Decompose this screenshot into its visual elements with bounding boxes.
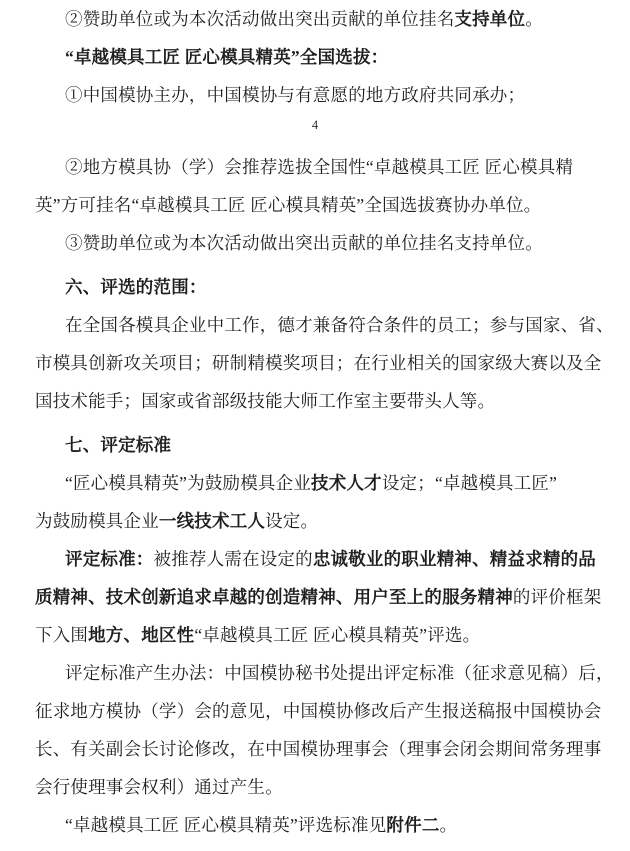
text-line: 评定标准：被推荐人需在设定的忠诚敬业的职业精神、精益求精的品 — [35, 540, 595, 578]
text-line: 下入围地方、地区性“卓越模具工匠 匠心模具精英”评选。 — [35, 616, 595, 654]
text-line: ②赞助单位或为本次活动做出突出贡献的单位挂名支持单位。 — [35, 0, 595, 38]
text-segment: 附件二 — [386, 815, 439, 835]
text-segment: ③赞助单位或为本次活动做出突出贡献的单位挂名支持单位。 — [65, 233, 543, 253]
document-body: ②赞助单位或为本次活动做出突出贡献的单位挂名支持单位。“卓越模具工匠 匠心模具精… — [35, 0, 595, 844]
document-page: ②赞助单位或为本次活动做出突出贡献的单位挂名支持单位。“卓越模具工匠 匠心模具精… — [0, 0, 630, 844]
text-segment: 。 — [440, 815, 458, 835]
text-segment: 长、有关副会长讨论修改，在中国模协理事会（理事会闭会期间常务理事 — [35, 739, 601, 759]
text-segment: “卓越模具工匠 匠心模具精英”全国选拔： — [65, 47, 388, 67]
text-line: “卓越模具工匠 匠心模具精英”全国选拔： — [35, 38, 595, 76]
text-segment: 英”方可挂名“卓越模具工匠 匠心模具精英”全国选拔赛协办单位。 — [35, 195, 541, 215]
text-segment: “卓越模具工匠 匠心模具精英”评选标准见 — [65, 815, 386, 835]
text-segment: 。 — [525, 9, 543, 29]
text-segment: 设定。 — [265, 511, 318, 531]
text-segment: 征求地方模协（学）会的意见，中国模协修改后产生报送稿报中国模协会 — [35, 701, 601, 721]
text-segment: 支持单位 — [454, 9, 525, 29]
text-segment: 在全国各模具企业中工作，德才兼备符合条件的员工；参与国家、省、 — [65, 315, 614, 335]
text-line: 会行使理事会权利）通过产生。 — [35, 768, 595, 806]
text-line: 为鼓励模具企业一线技术工人设定。 — [35, 502, 595, 540]
text-line: “匠心模具精英”为鼓励模具企业技术人才设定；“卓越模具工匠” — [35, 464, 595, 502]
text-line: 质精神、技术创新追求卓越的创造精神、用户至上的服务精神的评价框架 — [35, 578, 595, 616]
section-heading: 七、评定标准 — [35, 426, 595, 464]
text-segment: ②地方模具协（学）会推荐选拔全国性“卓越模具工匠 匠心模具精 — [65, 157, 573, 177]
text-line: 在全国各模具企业中工作，德才兼备符合条件的员工；参与国家、省、 — [35, 306, 595, 344]
text-line: 长、有关副会长讨论修改，在中国模协理事会（理事会闭会期间常务理事 — [35, 730, 595, 768]
text-segment: 会行使理事会权利）通过产生。 — [35, 777, 283, 797]
text-segment: 被推荐人需在设定的 — [154, 549, 313, 569]
text-segment: 为鼓励模具企业 — [35, 511, 159, 531]
text-segment: 一线技术工人 — [159, 511, 265, 531]
text-segment: ②赞助单位或为本次活动做出突出贡献的单位挂名 — [65, 9, 454, 29]
text-segment: 技术人才 — [311, 473, 382, 493]
text-line: 英”方可挂名“卓越模具工匠 匠心模具精英”全国选拔赛协办单位。 — [35, 186, 595, 224]
section-heading: 六、评选的范围： — [35, 268, 595, 306]
text-segment: 质精神、技术创新追求卓越的创造精神、用户至上的服务精神 — [35, 587, 513, 607]
text-line: 评定标准产生办法：中国模协秘书处提出评定标准（征求意见稿）后， — [35, 654, 595, 692]
text-segment: 设定；“卓越模具工匠” — [382, 473, 557, 493]
text-segment: 的评价框架 — [513, 587, 602, 607]
text-segment: 市模具创新攻关项目；研制精模奖项目；在行业相关的国家级大赛以及全 — [35, 353, 601, 373]
text-segment: 地方、地区性 — [88, 625, 194, 645]
text-line: 市模具创新攻关项目；研制精模奖项目；在行业相关的国家级大赛以及全 — [35, 344, 595, 382]
text-segment: 七、评定标准 — [65, 435, 171, 455]
text-segment: 评定标准产生办法：中国模协秘书处提出评定标准（征求意见稿）后， — [65, 663, 614, 683]
text-line: ①中国模协主办，中国模协与有意愿的地方政府共同承办； — [35, 76, 595, 114]
text-segment: 国技术能手；国家或省部级技能大师工作室主要带头人等。 — [35, 391, 495, 411]
text-line: ②地方模具协（学）会推荐选拔全国性“卓越模具工匠 匠心模具精 — [35, 148, 595, 186]
text-segment: “卓越模具工匠 匠心模具精英”评选。 — [194, 625, 480, 645]
text-line: “卓越模具工匠 匠心模具精英”评选标准见附件二。 — [35, 806, 595, 844]
text-segment: ①中国模协主办，中国模协与有意愿的地方政府共同承办； — [65, 85, 525, 105]
text-segment: 评定标准： — [65, 549, 154, 569]
text-segment: 六、评选的范围： — [65, 277, 207, 297]
text-line: 征求地方模协（学）会的意见，中国模协修改后产生报送稿报中国模协会 — [35, 692, 595, 730]
text-line: ③赞助单位或为本次活动做出突出贡献的单位挂名支持单位。 — [35, 224, 595, 262]
text-segment: “匠心模具精英”为鼓励模具企业 — [65, 473, 311, 493]
text-segment: 下入围 — [35, 625, 88, 645]
text-segment: 忠诚敬业的职业精神、精益求精的品 — [313, 549, 596, 569]
text-line: 国技术能手；国家或省部级技能大师工作室主要带头人等。 — [35, 382, 595, 420]
page-number: 4 — [35, 114, 595, 142]
